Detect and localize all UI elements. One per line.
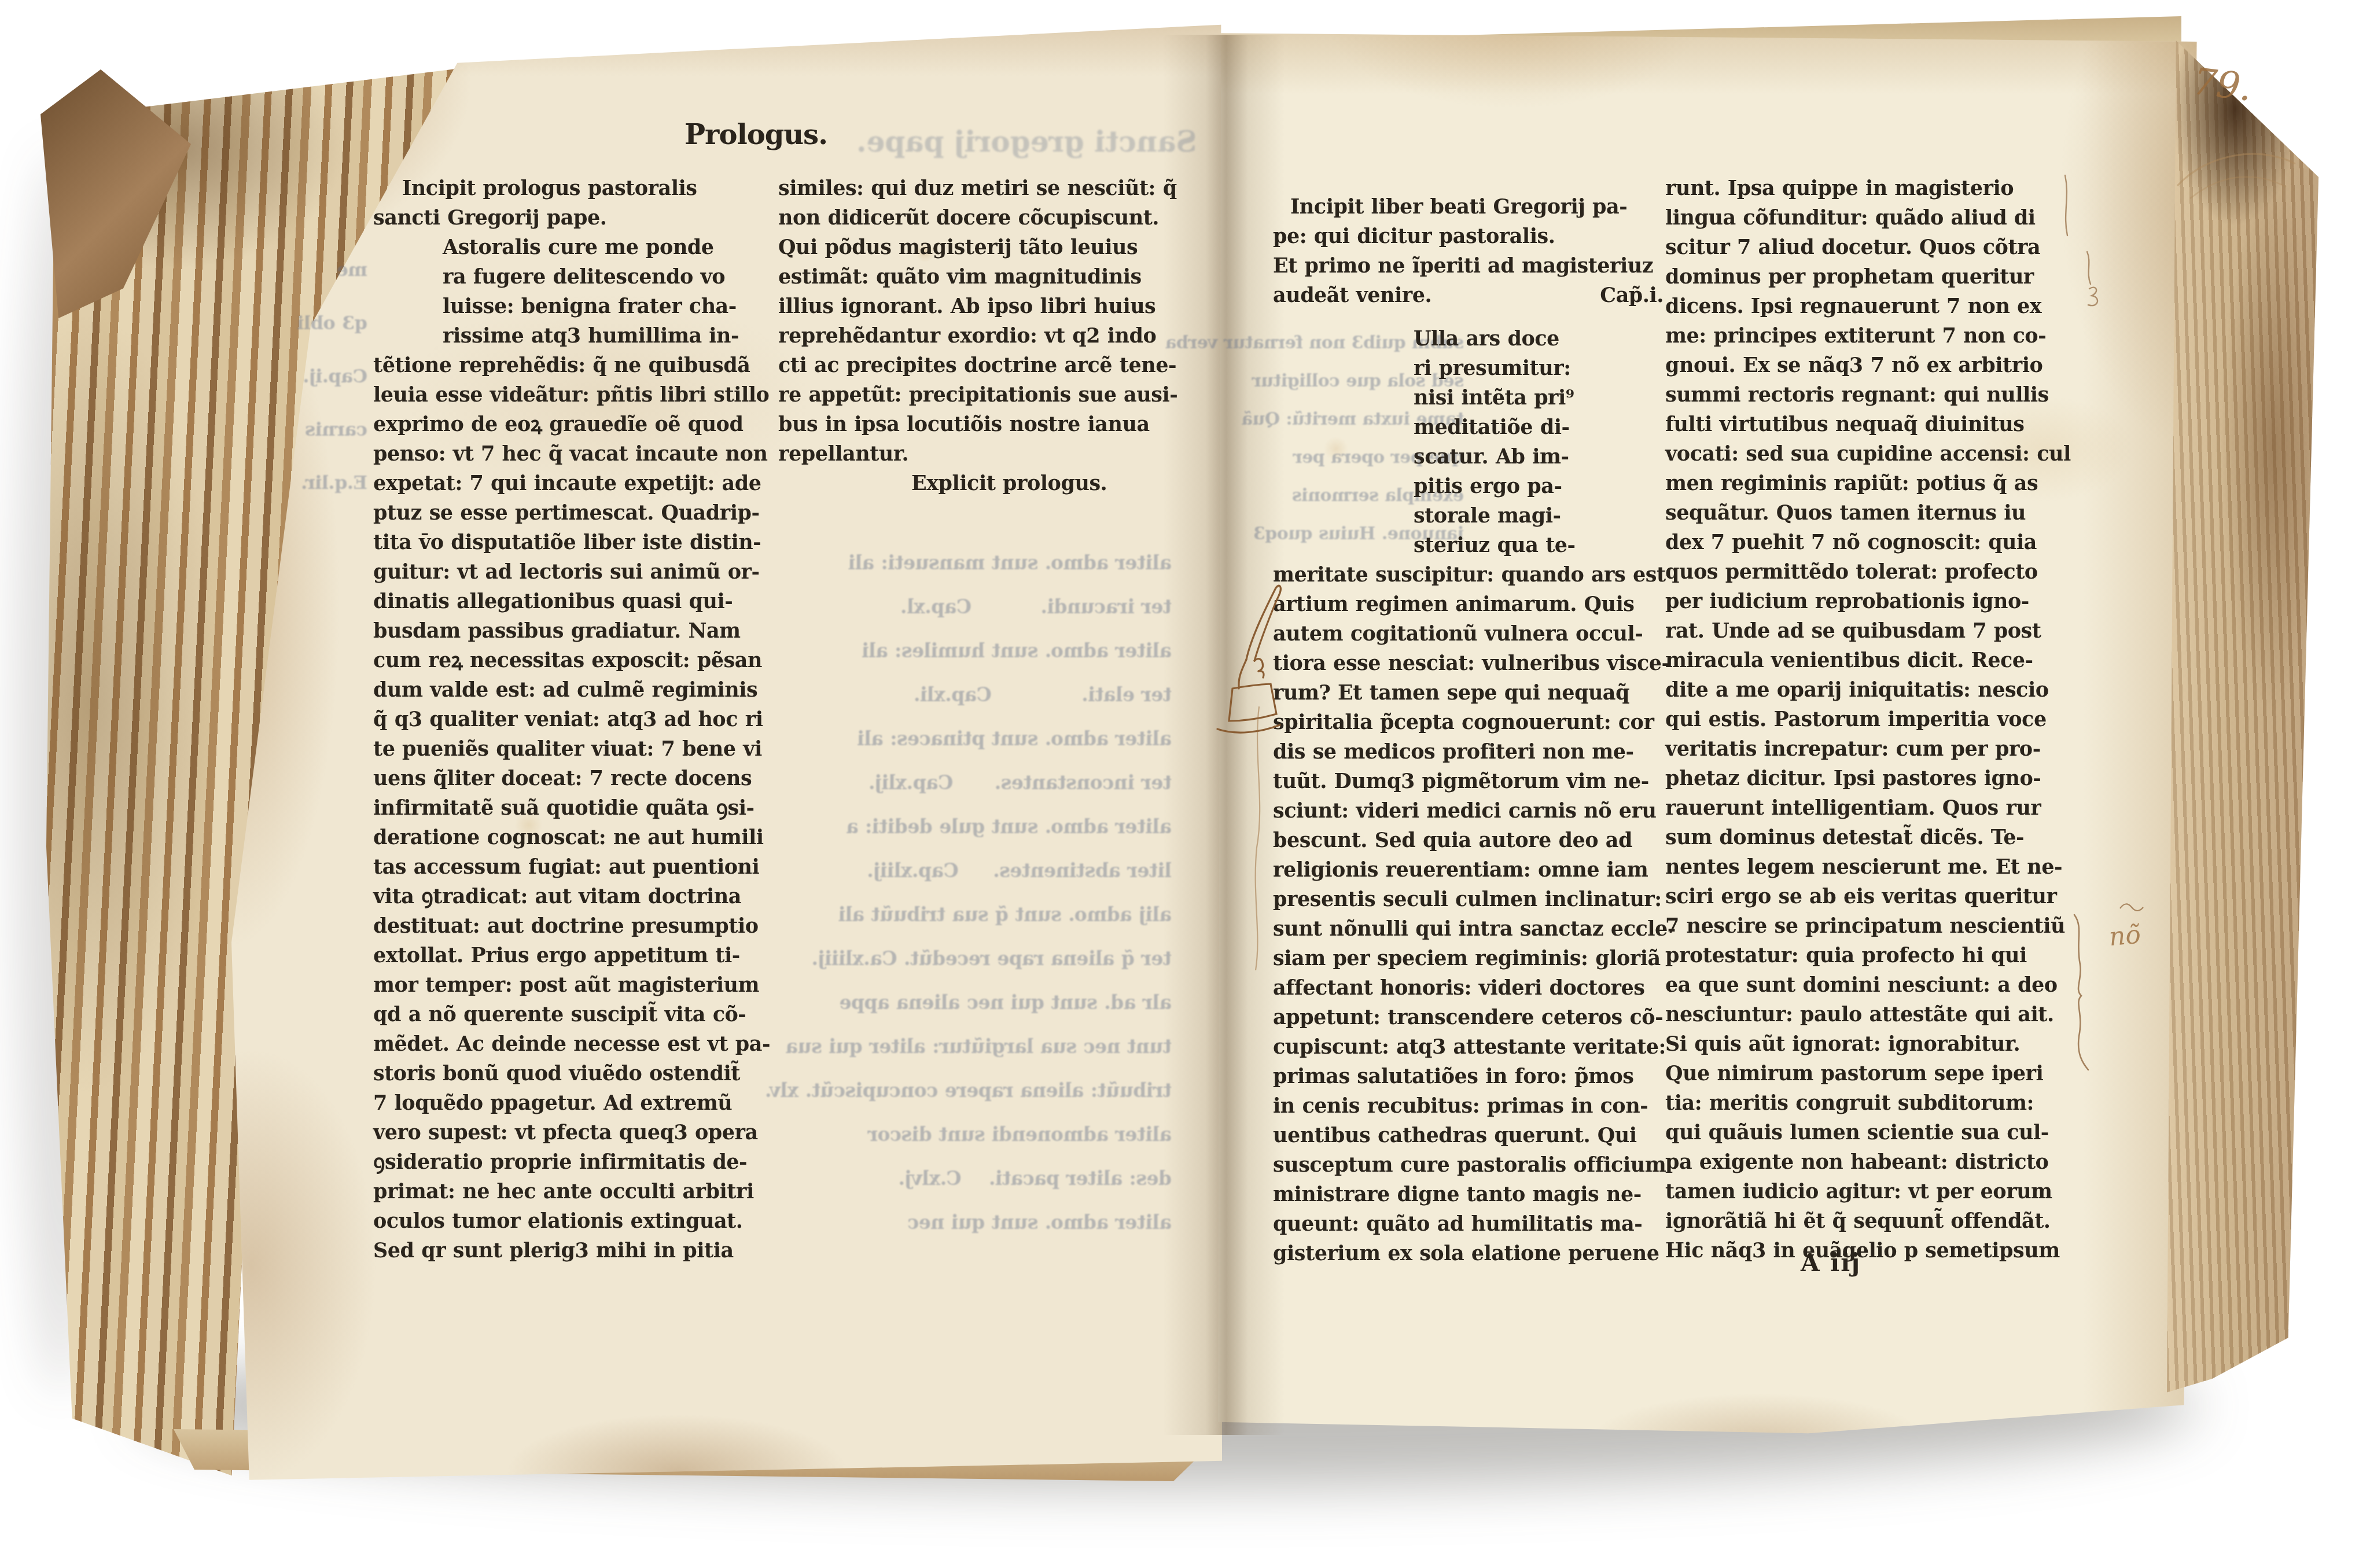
showthrough-line: aliter admo. sunt humiles: ali: [778, 629, 1172, 673]
text-line: extollat. Prius ergo appetitum ti-: [373, 941, 761, 970]
text-line: destituat: aut doctrine presumptio: [373, 911, 761, 941]
right-column-1: Ulla ars doceri presumitur:nisi intẽta p…: [1273, 324, 1664, 1268]
text-line: vocati: sed sua cupidine accensi: cul: [1665, 439, 2064, 469]
showthrough-line: des: aliter pacati. C.xlvj.: [778, 1157, 1172, 1201]
showthrough-line: ter elati. Cap.xli.: [778, 673, 1172, 717]
text-line: tamen iudicio agitur: vt per eorum: [1665, 1177, 2064, 1206]
text-line: affectant honoris: videri doctores: [1273, 973, 1664, 1003]
text-line: Hic nãq3 in euãgelio p semetipsum: [1665, 1236, 2064, 1265]
text-line: Qui põdus magisterij tãto leuius: [778, 233, 1172, 262]
showthrough-line: carnis: [263, 403, 367, 456]
text-line: meritate suscipitur: quando ars est: [1273, 560, 1664, 590]
heading-line: pe: qui dicitur pastoralis.: [1273, 222, 1664, 251]
text-line: storis bonũ quod viuẽdo ostendit̃: [373, 1059, 761, 1088]
text-line: rissime atq3 humillima in-: [373, 321, 761, 351]
text-line: sciri ergo se ab eis veritas queritur: [1665, 882, 2064, 911]
showthrough-line: aliter admo. sunt ptinaces: ali: [778, 717, 1172, 761]
text-line: luisse: benigna frater cha-: [373, 292, 761, 321]
text-line: tita v̄o disputatiõe liber iste distin-: [373, 528, 761, 557]
text-line: te pueniẽs qualiter viuat: 7 bene vi: [373, 734, 761, 764]
showthrough-line: Cap.ij.: [263, 349, 367, 403]
text-line: uens q̃liter doceat: 7 recte docens: [373, 764, 761, 793]
text-line: tẽtione reprehẽdis: q̃ ne quibusdã: [373, 351, 761, 380]
showthrough-line: alij admo. sunt q̃ sua tribuũt ali: [778, 893, 1172, 937]
text-line: in cenis recubitus: primas in con-: [1273, 1091, 1664, 1121]
text-line: runt. Ipsa quippe in magisterio: [1665, 174, 2064, 203]
right-chapter-heading: Incipit liber beati Gregorij pa-pe: qui …: [1273, 192, 1664, 310]
text-line: sum dominus detestat̃ dicẽs. Te-: [1665, 823, 2064, 852]
text-line: guitur: vt ad lectoris sui animũ or-: [373, 557, 761, 587]
showthrough-line: tribuũt: aliena rapere concupiscũt. xlv.: [778, 1069, 1172, 1113]
text-line: cum reꝝ necessitas exposcit: pẽsan: [373, 646, 761, 675]
text-line: lingua cõfunditur: quãdo aliud di: [1665, 203, 2064, 233]
text-line: siam per speciem regiminis: gloriã: [1273, 944, 1664, 973]
text-line: veritatis increpatur: cum per pro-: [1665, 734, 2064, 764]
text-line: qui estis. Pastorum imperitia voce: [1665, 705, 2064, 734]
text-line: fulti virtutibus nequaq̃ diuinitus: [1665, 410, 2064, 439]
text-line: Ulla ars doce: [1273, 324, 1664, 354]
text-line: dicens. Ipsi regnauerunt 7 non ex: [1665, 292, 2064, 321]
text-line: tas accessum fugiat: aut puentioni: [373, 852, 761, 882]
heading-line: audeãt venire.Cap̃.i.: [1273, 281, 1664, 310]
text-line: pa exigente non habeant: districto: [1665, 1147, 2064, 1177]
text-line: nisi intẽta pri⁹: [1273, 383, 1664, 413]
showthrough-line: tunt nec sua largiũtur: aliter qui sua: [778, 1025, 1172, 1069]
text-line: cupiscunt: atq3 attestante veritate:: [1273, 1032, 1664, 1062]
text-line: sciunt: videri medici carnis nõ eru: [1273, 796, 1664, 826]
text-line: Que nimirum pastorum sepe iperi: [1665, 1059, 2064, 1088]
text-line: 7 loquẽdo ppagetur. Ad extremũ: [373, 1088, 761, 1118]
text-line: pitis ergo pa-: [1273, 472, 1664, 501]
text-line: miracula venientibus dicit. Rece-: [1665, 646, 2064, 675]
text-line: gisterium ex sola elatione peruene: [1273, 1239, 1664, 1268]
text-line: q̃ q3 qualiter veniat: atq3 ad hoc ri: [373, 705, 761, 734]
text-line: summi rectoris regnant: qui nullis: [1665, 380, 2064, 410]
text-line: Astoralis cure me ponde: [373, 233, 761, 262]
text-line: exprimo de eoꝝ grauedĩe oẽ quod: [373, 410, 761, 439]
showthrough-line: ter q̃ aliena rape recedũt. Ca.xliiij.: [778, 937, 1172, 981]
showthrough-line: E.q.lir.: [263, 456, 367, 509]
text-line: uentibus cathedras querunt. Qui: [1273, 1121, 1664, 1150]
text-line: similes: qui duz metiri se nesciũt: q̃: [778, 174, 1172, 203]
text-line: gnoui. Ex se nãq3 7 nõ ex arbitrio: [1665, 351, 2064, 380]
text-line: religionis reuerentiam: omne iam: [1273, 855, 1664, 885]
text-line: spiritalia p̃cepta cognouerunt: cor: [1273, 708, 1664, 737]
book-photograph: Prologus. Sancti gregorij pape. Incipit …: [0, 0, 2370, 1568]
text-line: ministrare digne tanto magis ne-: [1273, 1180, 1664, 1209]
left-column-2-showthrough: aliter admo. sunt mansueti: aliter iracu…: [778, 541, 1172, 1245]
text-line: mẽdet. Ac deinde necesse est vt pa-: [373, 1029, 761, 1059]
text-line: nesciuntur: paulo attestãte qui ait.: [1665, 1000, 2064, 1029]
text-line: reprehẽdantur exordio: vt q2 indo: [778, 321, 1172, 351]
text-line: rat. Unde ad se quibusdam 7 post: [1665, 616, 2064, 646]
text-line: qui quãuis lumen scientie sua cul-: [1665, 1118, 2064, 1147]
showthrough-line: me: [263, 243, 367, 296]
text-line: queunt: quãto ad humilitatis ma-: [1273, 1209, 1664, 1239]
text-line: Si quis aũt ignorat: ignorabitur.: [1665, 1029, 2064, 1059]
text-line: re appetũt: precipitationis sue ausi-: [778, 380, 1172, 410]
text-line: storale magi-: [1273, 501, 1664, 531]
text-line: rum? Et tamen sepe qui nequaq̃: [1273, 678, 1664, 708]
left-column-1: Incipit prologus pastoralissancti Gregor…: [373, 174, 761, 1265]
showthrough-line: liter abstinentes. Cap.xliij.: [778, 849, 1172, 893]
text-line: ra fugere delitescendo vo: [373, 262, 761, 292]
showthrough-line: ter inconstantes. Cap.xlij.: [778, 761, 1172, 805]
text-line: me: principes extiterunt 7 non co-: [1665, 321, 2064, 351]
heading-line: Et primo ne ĩperiti ad magisteriuz: [1273, 251, 1664, 281]
text-line: ea que sunt domini nesciunt: a deo: [1665, 970, 2064, 1000]
left-column-2: similes: qui duz metiri se nesciũt: q̃no…: [778, 174, 1172, 498]
header-showthrough: Sancti gregorij pape.: [856, 124, 1197, 159]
fore-edge: [2167, 41, 2319, 1406]
pen-stroke-icon: [1250, 703, 1269, 975]
text-line: scitur 7 aliud docetur. Quos cõtra: [1665, 233, 2064, 262]
text-line: primas salutatiões in foro: p̃mos: [1273, 1062, 1664, 1091]
text-line: vero supest: vt pfecta queq3 opera: [373, 1118, 761, 1147]
text-line: tiora esse nesciat: vulneribus visce-: [1273, 649, 1664, 678]
text-line: ptuz se esse pertimescat. Quadrip-: [373, 498, 761, 528]
text-line: 7 nescire se principatum nescientiũ: [1665, 911, 2064, 941]
text-line: deratione cognoscat: ne aut humili: [373, 823, 761, 852]
margin-marks-icon: [2057, 171, 2109, 315]
text-line: estimãt: quãto vim magnitudinis: [778, 262, 1172, 292]
text-line: tuũt. Dumq3 pigmẽtorum vim ne-: [1273, 767, 1664, 796]
text-line: dis se medicos profiteri non me-: [1273, 737, 1664, 767]
text-line: sunt nõnulli qui intra sanctaz eccle-: [1273, 914, 1664, 944]
text-line: bus in ipsa locutiõis nostre ianua: [778, 410, 1172, 439]
text-line: primat: ne hec ante occulti arbitri: [373, 1177, 761, 1206]
text-line: autem cogitationũ vulnera occul-: [1273, 619, 1664, 649]
text-line: Sed qr sunt plerig3 mihi in pitia: [373, 1236, 761, 1265]
tilde-mark-icon: [2118, 898, 2147, 915]
text-line: dinatis allegationibus quasi qui-: [373, 587, 761, 616]
text-line: appetunt: transcendere ceteros cõ-: [1273, 1003, 1664, 1032]
text-line: cti ac precipites doctrine arcẽ tene-: [778, 351, 1172, 380]
text-line: scatur. Ab im-: [1273, 442, 1664, 472]
text-line: protestatur: quia profecto hi qui: [1665, 941, 2064, 970]
showthrough-line: aliter admo. sunt mansueti: ali: [778, 541, 1172, 585]
showthrough-line: aliter admo. sunt gule dediti: a: [778, 805, 1172, 849]
text-line: per iudicium reprobationis igno-: [1665, 587, 2064, 616]
text-line: repellantur.: [778, 439, 1172, 469]
text-line: ignorãtiã hi ẽt q̃ sequunt̃ offendãt.: [1665, 1206, 2064, 1236]
showthrough-line: aliter admo. sunt qui nec: [778, 1201, 1172, 1245]
text-line: non didicerũt docere cõcupiscunt.: [778, 203, 1172, 233]
text-line: vita ꝯtradicat: aut vitam doctrina: [373, 882, 761, 911]
text-line: leuia esse videãtur: pñtis libri stillo: [373, 380, 761, 410]
text-line: Incipit prologus pastoralis: [373, 174, 761, 203]
text-line: expetat: 7 qui incaute expetijt: ade: [373, 469, 761, 498]
text-line: meditatiõe di-: [1273, 413, 1664, 442]
folio-number: 79.: [2191, 60, 2254, 110]
text-line: artium regimen animarum. Quis: [1273, 590, 1664, 619]
text-line: infirmitatẽ suã quotidie quãta ꝯsi-: [373, 793, 761, 823]
text-line: sequãtur. Quos tamen iternus iu: [1665, 498, 2064, 528]
text-line: dex 7 puehit 7 nõ cognoscit: quia: [1665, 528, 2064, 557]
text-line: dite a me oparij iniquitatis: nescio: [1665, 675, 2064, 705]
text-line: men regiminis rapiũt: potius q̃ as: [1665, 469, 2064, 498]
margin-note: nõ: [2108, 920, 2142, 952]
text-line: tia: meritis congruit subditorum:: [1665, 1088, 2064, 1118]
text-line: illius ignorant. Ab ipso libri huius: [778, 292, 1172, 321]
text-line: qd a nõ querente suscipit̃ vita cõ-: [373, 1000, 761, 1029]
text-line: phetaz dicitur. Ipsi pastores igno-: [1665, 764, 2064, 793]
text-line: ri presumitur:: [1273, 354, 1664, 383]
text-line: nentes legem nescierunt me. Et ne-: [1665, 852, 2064, 882]
text-line: ꝯsideratio proprie infirmitatis de-: [373, 1147, 761, 1177]
text-line: dominus per prophetam queritur: [1665, 262, 2064, 292]
text-line: mor temper: post aũt magisterium: [373, 970, 761, 1000]
text-line: oculos tumor elationis extinguat.: [373, 1206, 761, 1236]
text-line: Explicit prologus.: [778, 469, 1172, 498]
text-line: rauerunt intelligentiam. Quos rur: [1665, 793, 2064, 823]
text-line: sancti Gregorij pape.: [373, 203, 761, 233]
text-line: quos permittẽdo tolerat: profecto: [1665, 557, 2064, 587]
left-margin-showthrough: meq3 obliCap.ij.carnisE.q.lir.: [263, 243, 367, 509]
text-line: presentis seculi culmen inclinatur:: [1273, 885, 1664, 914]
text-line: bescunt. Sed quia autore deo ad: [1273, 826, 1664, 855]
margin-brace-icon: [2069, 911, 2103, 1079]
heading-line: Incipit liber beati Gregorij pa-: [1273, 192, 1664, 222]
showthrough-line: alr ad. sunt qui nec aliena appe: [778, 981, 1172, 1025]
running-header: Prologus.: [684, 119, 827, 151]
text-line: busdam passibus gradiatur. Nam: [373, 616, 761, 646]
showthrough-line: ter iracundi. Cap.xl.: [778, 585, 1172, 629]
text-line: susceptum cure pastoralis officium: [1273, 1150, 1664, 1180]
showthrough-line: q3 obli: [263, 296, 367, 349]
signature-mark: A iij: [1801, 1249, 1861, 1277]
text-line: penso: vt 7 hec q̃ vacat incaute non: [373, 439, 761, 469]
pen-flourish-icon: [2173, 130, 2306, 211]
text-line: steriuz qua te-: [1273, 531, 1664, 560]
right-column-2: runt. Ipsa quippe in magisteriolingua cõ…: [1665, 174, 2064, 1265]
text-line: dum valde est: ad culmẽ regiminis: [373, 675, 761, 705]
showthrough-line: aliter admonendi sunt discor: [778, 1113, 1172, 1157]
